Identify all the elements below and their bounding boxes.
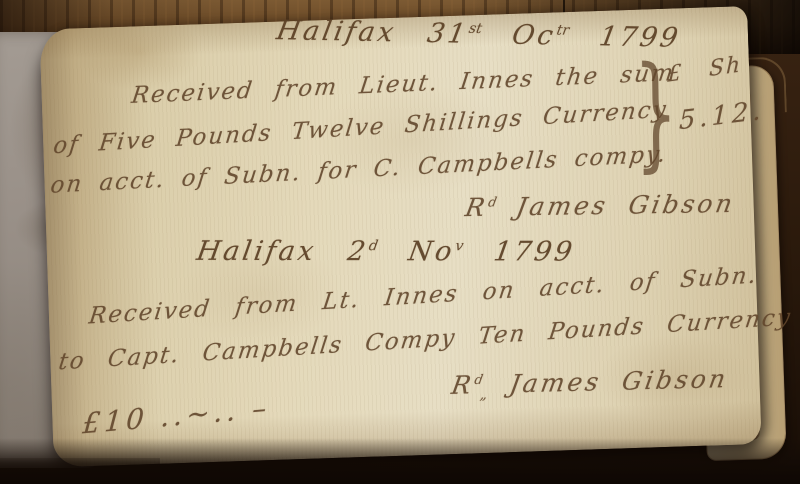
entry-2-amount: £10 ..~.. –	[81, 391, 271, 440]
heading-text: No	[375, 236, 457, 267]
book-photograph: Halifax 31st Octr 1799 Received from Lie…	[0, 0, 800, 484]
heading-text: Halifax 2	[195, 236, 371, 267]
heading-text: Halifax 31	[274, 15, 471, 50]
entry-1-signature: Rd James Gibson	[463, 189, 737, 222]
entry-2-signature: Rd„ James Gibson	[449, 364, 731, 404]
signature-name: James Gibson	[487, 364, 731, 399]
entry-1-currency-header: £Sh	[667, 52, 742, 88]
entry-1-date-heading: Halifax 31st Octr 1799	[274, 15, 683, 54]
heading-text: Oc	[478, 19, 558, 51]
recto-page: Halifax 31st Octr 1799 Received from Lie…	[39, 6, 761, 467]
signature-text: R	[463, 193, 490, 222]
bottom-left-shadow	[0, 458, 160, 484]
signature-name: James Gibson	[493, 189, 737, 222]
signature-text: R	[449, 370, 476, 400]
entry-2-date-heading: Halifax 2d Nov 1799	[195, 236, 578, 268]
shilling-symbol: Sh	[709, 52, 743, 82]
heading-text: 1799	[460, 236, 577, 267]
signature-superscript: d	[473, 373, 484, 388]
pound-symbol: £	[667, 60, 684, 88]
